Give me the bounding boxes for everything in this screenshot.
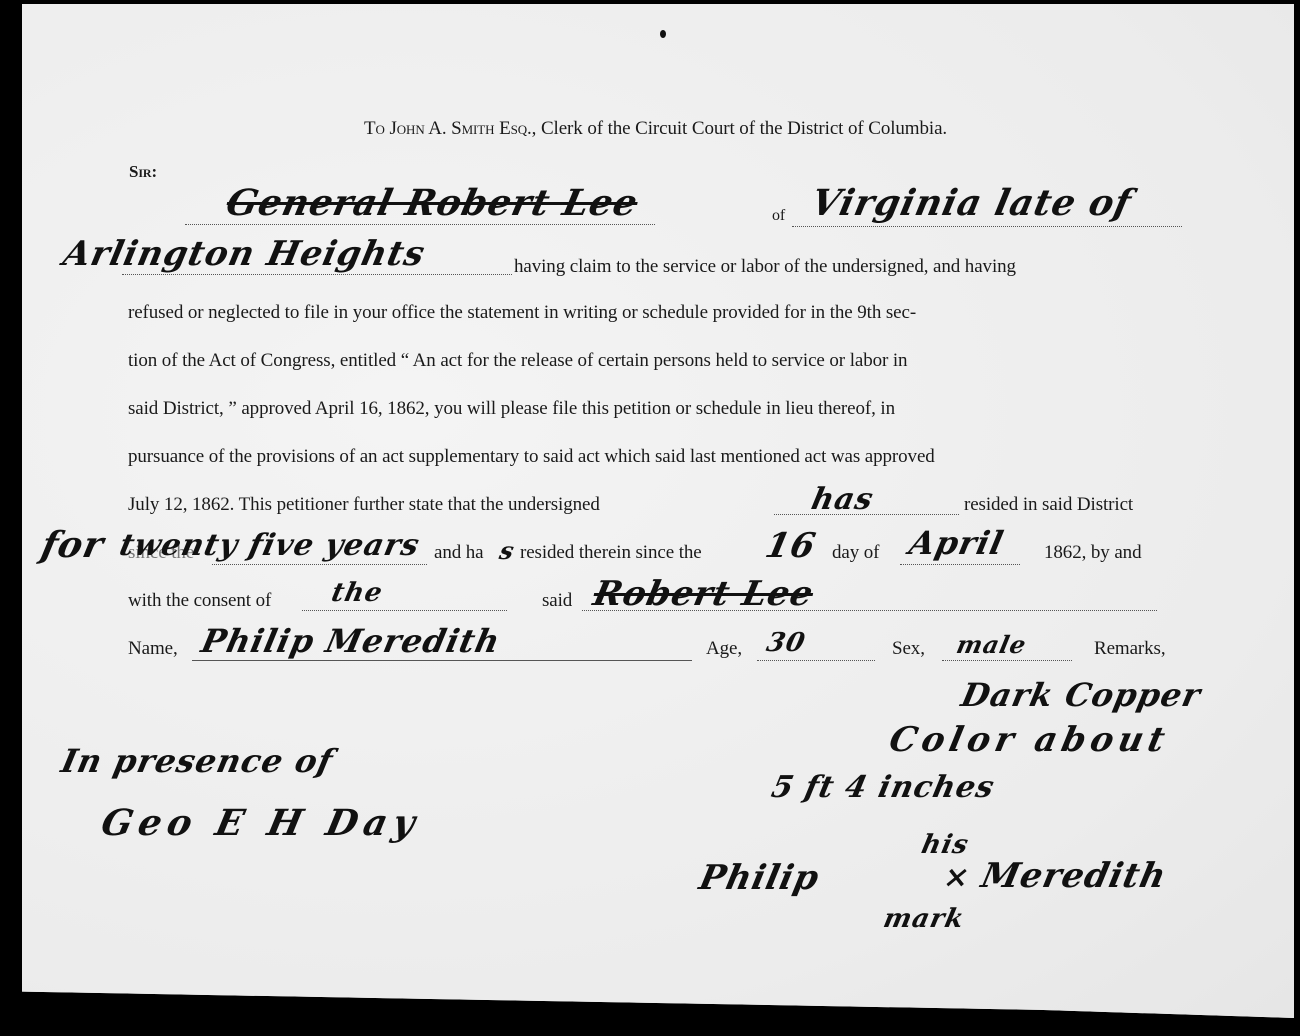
of-label: of xyxy=(772,207,785,225)
duration-prefix: for xyxy=(38,524,108,566)
duration-field: twenty five years xyxy=(116,528,423,563)
signature-last-name: Meredith xyxy=(978,856,1170,896)
age-label: Age, xyxy=(706,638,742,660)
consent-line xyxy=(302,610,507,611)
signature-mark-x: × xyxy=(940,860,974,895)
salutation: Sir: xyxy=(129,162,157,182)
remarks-line-2: Color about xyxy=(886,720,1174,760)
remarks-line-3: 5 ft 4 inches xyxy=(768,770,998,805)
day-of-label: day of xyxy=(832,542,879,564)
printed-line-2: refused or neglected to file in your off… xyxy=(128,302,916,324)
consent-name-field: Robert Lee xyxy=(590,574,817,614)
month-field: April xyxy=(906,524,1007,562)
printed-line-6-prefix: July 12, 1862. This petitioner further s… xyxy=(128,494,600,516)
signature-mark-label: mark xyxy=(881,904,967,934)
year-label: 1862, by and xyxy=(1044,542,1141,564)
claimant-name: General Robert Lee xyxy=(223,182,642,224)
has-field: has xyxy=(808,482,877,517)
said-label: said xyxy=(542,590,572,612)
claimant-name-line xyxy=(185,224,655,225)
day-field: 16 xyxy=(762,526,820,566)
name-label: Name, xyxy=(128,638,178,660)
person-sex: male xyxy=(954,630,1030,659)
addressee-prefix: To xyxy=(364,118,385,139)
remarks-line-1: Dark Copper xyxy=(958,676,1205,714)
residence-line xyxy=(792,226,1182,227)
consent-of-field: the xyxy=(329,578,386,608)
ha-suffix: s xyxy=(497,536,518,565)
claimant-residence: Virginia late of xyxy=(808,182,1136,224)
addressee-name: John A. Smith Esq., xyxy=(389,118,536,139)
signature-first-name: Philip xyxy=(696,858,823,898)
remarks-label: Remarks, xyxy=(1094,638,1166,660)
printed-line-4: said District, ” approved April 16, 1862… xyxy=(128,398,895,420)
document-page: To John A. Smith Esq., Clerk of the Circ… xyxy=(22,4,1294,1018)
and-ha-label: and ha xyxy=(434,542,484,564)
person-name: Philip Meredith xyxy=(198,622,504,660)
residence-line2 xyxy=(122,274,512,275)
sex-line xyxy=(942,660,1072,661)
resided-therein-label: resided therein since the xyxy=(520,542,702,564)
addressee-title: Clerk of the Circuit Court of the Distri… xyxy=(541,118,947,139)
sex-label: Sex, xyxy=(892,638,925,660)
printed-line-3: tion of the Act of Congress, entitled “ … xyxy=(128,350,907,372)
month-line xyxy=(900,564,1020,565)
printed-line-1: having claim to the service or labor of … xyxy=(514,256,1016,278)
duration-line xyxy=(212,564,427,565)
witness-line-2: Geo E H Day xyxy=(98,802,425,844)
printed-line-5: pursuance of the provisions of an act su… xyxy=(128,446,935,468)
signature-his: his xyxy=(919,830,972,860)
consent-label: with the consent of xyxy=(128,590,271,612)
addressee-line: To John A. Smith Esq., Clerk of the Circ… xyxy=(364,118,947,140)
printed-line-6-suffix: resided in said District xyxy=(964,494,1133,516)
claimant-residence-line2: Arlington Heights xyxy=(60,234,429,274)
age-line xyxy=(757,660,875,661)
ink-spot xyxy=(660,30,666,38)
name-line xyxy=(192,660,692,661)
person-age: 30 xyxy=(764,628,809,658)
witness-line-1: In presence of xyxy=(58,742,337,780)
